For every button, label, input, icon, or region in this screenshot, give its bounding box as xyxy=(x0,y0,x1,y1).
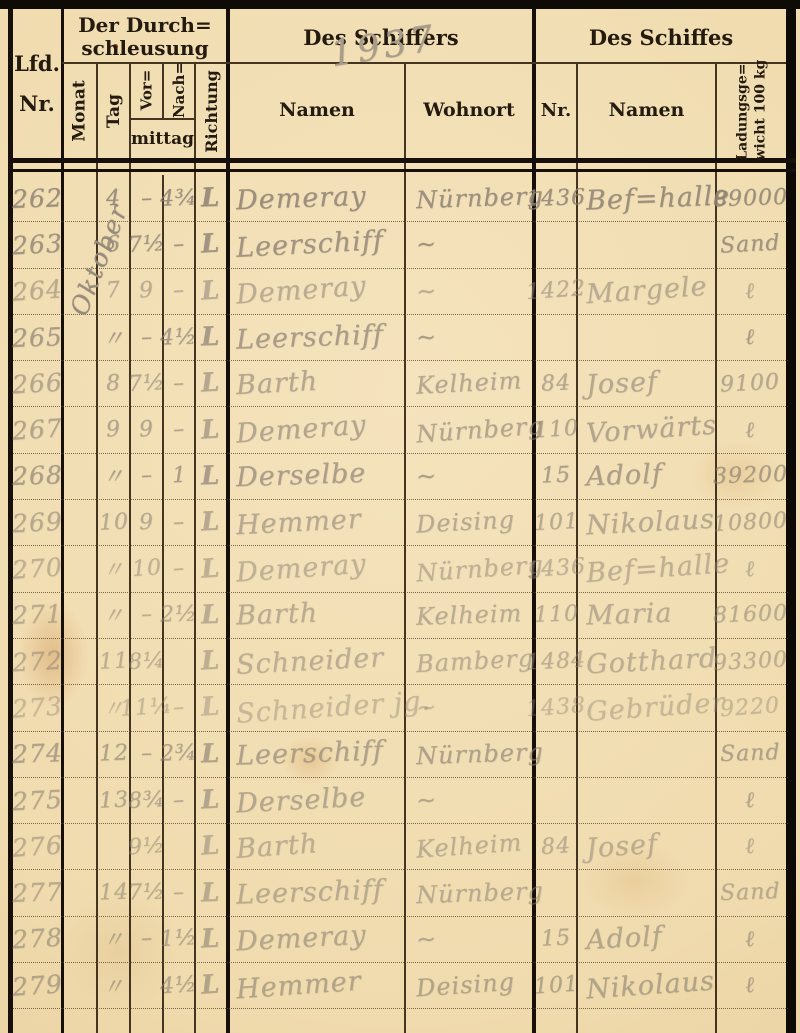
handwriting: 7½ xyxy=(127,370,166,397)
handwriting: Schneider jg. xyxy=(235,685,432,730)
cell-schiff_nr: 1436 xyxy=(536,545,576,591)
cell-ladung: ℓ xyxy=(714,407,786,453)
cell-vorm: 7½ xyxy=(131,360,162,406)
cell-nr: 274 xyxy=(13,731,61,777)
handwriting: L xyxy=(200,414,221,445)
handwriting: Deising xyxy=(415,506,515,539)
cell-nr: 265 xyxy=(13,314,61,360)
cell-nach: – xyxy=(164,684,194,730)
handwriting: L xyxy=(201,877,221,908)
table-row: 27412–2¾LLeerschiffNürnbergSand xyxy=(13,731,788,778)
handwriting: Demeray xyxy=(235,920,367,958)
cell-schiffer: Demeray xyxy=(230,268,410,314)
cell-vorm: – xyxy=(131,314,162,360)
handwriting: 1422 xyxy=(525,276,587,305)
cell-richtung: L xyxy=(196,870,226,916)
handwriting: – xyxy=(140,463,153,488)
cell-vorm: 8¾ xyxy=(131,777,162,823)
handwriting: L xyxy=(200,970,221,1001)
handwriting: ℓ xyxy=(744,833,756,860)
cell-tag: 〃 xyxy=(98,962,129,1008)
cell-richtung: L xyxy=(196,592,226,638)
table-row: 277147½–LLeerschiffNürnbergSand xyxy=(13,870,788,917)
handwriting: 7½ xyxy=(127,879,165,905)
cell-schiffer: Derselbe xyxy=(230,777,410,823)
handwriting: Derselbe xyxy=(235,458,366,494)
handwriting: 9100 xyxy=(719,369,780,397)
handwriting: Leerschiff xyxy=(236,875,385,911)
cell-richtung: L xyxy=(196,777,226,823)
cell-tag: 〃 xyxy=(98,916,129,962)
cell-schiff_nr: 110 xyxy=(536,592,576,638)
handwriting: 4¾ xyxy=(160,185,198,211)
cell-nach: 1 xyxy=(164,453,194,499)
cell-tag: 9 xyxy=(98,407,129,453)
cell-schiffer: Demeray xyxy=(230,175,410,221)
handwriting: Leerschiff xyxy=(236,736,385,772)
cell-schiff_nr xyxy=(536,777,576,823)
handwriting: ℓ xyxy=(744,926,756,952)
handwriting: 〃 xyxy=(101,969,126,1002)
table-row: 265〃–4½LLeerschiff~ℓ xyxy=(13,314,788,361)
cell-wohnort: Kelheim xyxy=(410,823,538,869)
cell-schiff_name xyxy=(580,777,721,823)
cell-schiff_name: Bef=halle xyxy=(580,545,721,591)
cell-nach: – xyxy=(164,360,194,406)
handwriting: Kelheim xyxy=(416,599,523,631)
cell-schiff_nr xyxy=(536,314,576,360)
cell-nr: 278 xyxy=(13,916,61,962)
cell-ladung: ℓ xyxy=(714,268,786,314)
cell-nach: 2¾ xyxy=(164,731,194,777)
cell-nr: 268 xyxy=(13,453,61,499)
handwriting: Hemmer xyxy=(235,965,362,1005)
handwriting: – xyxy=(173,880,186,905)
handwriting: Leerschiff xyxy=(236,319,385,355)
table-row: 279〃4½LHemmerDeising101Nikolausℓ xyxy=(13,962,788,1009)
col-header-richtung: Richtung xyxy=(196,64,226,158)
cell-wohnort: ~ xyxy=(410,221,538,267)
cell-tag: 10 xyxy=(98,499,129,545)
handwriting: Bef=halle xyxy=(586,180,731,216)
cell-tag: 〃 xyxy=(98,545,129,591)
cell-ladung: ℓ xyxy=(714,823,786,869)
cell-tag: 8 xyxy=(98,360,129,406)
handwriting: Nürnberg xyxy=(416,738,545,770)
handwriting: 39200 xyxy=(712,462,788,490)
handwriting: 110 xyxy=(533,602,579,629)
handwriting: 89000 xyxy=(712,184,788,212)
table-row: 273〃11¼–LSchneider jg.~1438Gebrüder9220 xyxy=(13,684,788,731)
handwriting: Sand xyxy=(719,230,781,258)
cell-schiff_nr: 15 xyxy=(536,916,576,962)
cell-tag: 〃 xyxy=(98,453,129,499)
cell-nach: 4¾ xyxy=(164,175,194,221)
handwriting: L xyxy=(201,183,221,214)
cell-richtung: L xyxy=(196,731,226,777)
cell-schiffer: Leerschiff xyxy=(230,221,410,267)
handwriting: 〃 xyxy=(101,321,125,353)
cell-richtung: L xyxy=(196,175,226,221)
handwriting: 81600 xyxy=(712,601,788,629)
cell-schiff_name: Vorwärts xyxy=(580,407,721,453)
handwriting: ℓ xyxy=(744,277,756,304)
table-row: 26687½–LBarthKelheim84Josef9100 xyxy=(13,360,788,407)
handwriting: Barth xyxy=(235,366,319,401)
scan-edge-top xyxy=(0,0,800,9)
cell-richtung: L xyxy=(196,453,226,499)
handwriting: L xyxy=(201,785,222,816)
ledger-scan: Lfd.Nr. Der Durch=schleusung Monat Tag V… xyxy=(0,0,800,1033)
table-row: 268〃–1LDerselbe~15Adolf39200 xyxy=(13,453,788,500)
cell-schiff_nr: 1436 xyxy=(536,175,576,221)
cell-wohnort: ~ xyxy=(410,916,538,962)
table-row: 278〃–1½LDemeray~15Adolfℓ xyxy=(13,916,788,963)
cell-nr: 272 xyxy=(13,638,61,684)
col-header-schiff-nr: Nr. xyxy=(536,62,576,158)
handwriting: 278 xyxy=(11,923,63,955)
cell-schiff_name xyxy=(580,870,721,916)
cell-vorm xyxy=(131,962,162,1008)
col-header-vormittag: Vor= xyxy=(131,62,162,118)
cell-nach: 1½ xyxy=(164,916,194,962)
cell-schiff_name: Gotthard xyxy=(580,638,721,684)
handwriting: 269 xyxy=(11,506,63,538)
cell-wohnort: Nürnberg xyxy=(410,407,538,453)
handwriting: 8¼ xyxy=(127,648,166,675)
col-header-nachmittag: Nach= xyxy=(164,62,194,118)
cell-nach: 2½ xyxy=(164,592,194,638)
cell-nr: 277 xyxy=(13,870,61,916)
handwriting: Nürnberg xyxy=(416,876,545,908)
handwriting: – xyxy=(140,602,153,627)
handwriting: 12 xyxy=(98,741,129,767)
cell-nr: 263 xyxy=(13,221,61,267)
handwriting: Josef xyxy=(585,366,658,401)
handwriting: 15 xyxy=(541,463,572,489)
handwriting: – xyxy=(140,926,153,952)
handwriting: L xyxy=(200,831,221,862)
cell-schiffer: Demeray xyxy=(230,545,410,591)
cell-ladung: 9220 xyxy=(714,684,786,730)
cell-tag xyxy=(98,823,129,869)
handwriting: L xyxy=(201,600,221,631)
handwriting: Barth xyxy=(235,828,319,865)
cell-wohnort: Nürnberg xyxy=(410,545,538,591)
col-header-lfd-nr: Lfd.Nr. xyxy=(13,10,61,158)
handwriting: 84 xyxy=(540,833,572,860)
cell-nr: 270 xyxy=(13,545,61,591)
handwriting: 101 xyxy=(533,971,580,999)
handwriting: Sand xyxy=(719,740,780,767)
cell-wohnort: ~ xyxy=(410,453,538,499)
cell-tag: 〃 xyxy=(98,592,129,638)
cell-ladung: ℓ xyxy=(714,545,786,591)
handwriting: 〃 xyxy=(101,552,126,585)
handwriting: Barth xyxy=(235,598,318,632)
handwriting: 8¾ xyxy=(127,787,166,814)
cell-nach: – xyxy=(164,499,194,545)
cell-schiffer: Barth xyxy=(230,360,410,406)
cell-vorm: – xyxy=(131,453,162,499)
handwriting: 265 xyxy=(11,322,63,353)
cell-vorm: 9 xyxy=(131,407,162,453)
handwriting: Adolf xyxy=(585,921,663,956)
handwriting: 4½ xyxy=(160,971,199,999)
handwriting: Gebrüder xyxy=(585,687,726,728)
cell-schiff_name: Adolf xyxy=(580,453,721,499)
handwriting: Derselbe xyxy=(235,781,367,819)
cell-schiffer: Demeray xyxy=(230,407,410,453)
handwriting: 264 xyxy=(11,275,64,307)
group-header-durchschleusung: Der Durch=schleusung xyxy=(64,13,226,61)
handwriting: L xyxy=(200,275,221,306)
header-bottom-rule xyxy=(8,158,796,163)
handwriting: 9 xyxy=(138,417,155,443)
cell-ladung: ℓ xyxy=(714,777,786,823)
handwriting: Bef=halle xyxy=(585,548,731,589)
cell-richtung: L xyxy=(196,407,226,453)
handwriting: 2¾ xyxy=(160,741,198,767)
cell-richtung: L xyxy=(196,823,226,869)
col-header-schiff-namen: Namen xyxy=(578,62,715,158)
cell-schiff_name: Nikolaus xyxy=(580,499,721,545)
cell-richtung: L xyxy=(196,360,226,406)
handwriting: Kelheim xyxy=(415,367,523,401)
handwriting: L xyxy=(201,923,222,954)
cell-ladung: Sand xyxy=(714,870,786,916)
handwriting: – xyxy=(172,232,185,258)
cell-nach: 4½ xyxy=(164,962,194,1008)
table-row: 271〃–2½LBarthKelheim110Maria81600 xyxy=(13,592,788,639)
cell-tag: 13 xyxy=(98,777,129,823)
handwriting: Kelheim xyxy=(415,829,523,864)
cell-schiffer: Hemmer xyxy=(230,499,410,545)
col-header-schiffer-namen: Namen xyxy=(230,62,404,158)
cell-vorm: 10 xyxy=(131,545,162,591)
handwriting: L xyxy=(201,368,222,399)
cell-richtung: L xyxy=(196,545,226,591)
handwriting: Adolf xyxy=(585,459,663,493)
handwriting: 〃 xyxy=(101,599,125,631)
table-row: 270〃10–LDemerayNürnberg1436Bef=halleℓ xyxy=(13,545,788,592)
cell-ladung: ℓ xyxy=(714,962,786,1008)
cell-schiffer: Derselbe xyxy=(230,453,410,499)
handwriting: ℓ xyxy=(744,972,756,999)
handwriting: ~ xyxy=(415,276,438,305)
handwriting: 〃 xyxy=(101,460,125,492)
handwriting: Demeray xyxy=(235,180,366,216)
table-row: 2769½LBarthKelheim84Josefℓ xyxy=(13,823,788,870)
cell-wohnort: Deising xyxy=(410,962,538,1008)
cell-schiffer: Leerschiff xyxy=(230,314,410,360)
cell-schiff_nr: 1422 xyxy=(536,268,576,314)
handwriting: – xyxy=(172,509,185,535)
cell-schiff_name: Bef=halle xyxy=(580,175,721,221)
handwriting: 1 xyxy=(171,463,187,489)
handwriting: 279 xyxy=(11,969,64,1001)
table-row: 26479–LDemeray~1422Margeleℓ xyxy=(13,268,788,315)
handwriting: – xyxy=(172,417,186,443)
handwriting: 15 xyxy=(540,926,571,953)
cell-wohnort: Deising xyxy=(410,499,538,545)
cell-vorm: 7½ xyxy=(131,870,162,916)
cell-schiffer: Barth xyxy=(230,592,410,638)
handwriting: 268 xyxy=(11,461,63,492)
cell-tag: 14 xyxy=(98,870,129,916)
handwriting: 11 xyxy=(98,648,129,675)
cell-schiff_name: Adolf xyxy=(580,916,721,962)
cell-nach xyxy=(164,823,194,869)
handwriting: ~ xyxy=(415,924,438,953)
handwriting: 9220 xyxy=(719,693,781,722)
cell-schiffer: Demeray xyxy=(230,916,410,962)
cell-ladung: 10800 xyxy=(714,499,786,545)
cell-nr: 262 xyxy=(13,175,61,221)
cell-nach: – xyxy=(164,777,194,823)
handwriting: ℓ xyxy=(744,324,755,350)
handwriting: – xyxy=(172,371,185,397)
cell-nach xyxy=(164,638,194,684)
handwriting: L xyxy=(201,229,222,260)
cell-wohnort: Kelheim xyxy=(410,592,538,638)
table-row: 272118¼LSchneiderBamberg1484Gotthard9330… xyxy=(13,638,788,685)
header-bottom-rule-2 xyxy=(8,169,796,172)
cell-schiff_nr: 110 xyxy=(536,407,576,453)
cell-tag: 〃 xyxy=(98,314,129,360)
cell-schiffer: Leerschiff xyxy=(230,731,410,777)
cell-wohnort: Bamberg xyxy=(410,638,538,684)
cell-nach: – xyxy=(164,545,194,591)
cell-wohnort: Kelheim xyxy=(410,360,538,406)
handwriting: – xyxy=(140,324,153,349)
handwriting: 2½ xyxy=(160,602,198,628)
cell-vorm: – xyxy=(131,592,162,638)
cell-vorm: 9½ xyxy=(131,823,162,869)
handwriting: ~ xyxy=(415,785,438,814)
handwriting: 271 xyxy=(11,599,63,630)
handwriting: ℓ xyxy=(744,555,756,582)
col-header-tag: Tag xyxy=(98,64,129,158)
cell-wohnort: Nürnberg xyxy=(410,175,538,221)
cell-schiff_nr: 84 xyxy=(536,823,576,869)
cell-wohnort: ~ xyxy=(410,777,538,823)
cell-ladung: 81600 xyxy=(714,592,786,638)
handwriting: 274 xyxy=(11,738,63,769)
handwriting: ℓ xyxy=(744,787,756,813)
cell-nr: 264 xyxy=(13,268,61,314)
cell-schiffer: Leerschiff xyxy=(230,870,410,916)
handwriting: L xyxy=(201,646,222,677)
handwriting: Nikolaus xyxy=(585,965,716,1005)
handwriting: Demeray xyxy=(235,549,367,589)
cell-schiff_nr xyxy=(536,731,576,777)
handwriting: 〃 xyxy=(101,923,126,955)
handwriting: ~ xyxy=(416,462,438,491)
cell-vorm: 7½ xyxy=(131,221,162,267)
handwriting: 10800 xyxy=(712,508,788,537)
handwriting: 272 xyxy=(11,645,63,677)
col-header-mittag: mittag xyxy=(130,120,195,158)
cell-schiffer: Barth xyxy=(230,823,410,869)
cell-schiff_nr: 1438 xyxy=(536,684,576,730)
cell-nach: – xyxy=(164,268,194,314)
handwriting: ℓ xyxy=(744,416,756,443)
cell-vorm: 11¼ xyxy=(131,684,162,730)
cell-wohnort: Nürnberg xyxy=(410,870,538,916)
handwriting: 1484 xyxy=(525,647,586,675)
cell-schiff_name xyxy=(580,221,721,267)
handwriting: 14 xyxy=(98,880,129,906)
handwriting: 277 xyxy=(11,877,63,908)
cell-schiff_nr: 101 xyxy=(536,962,576,1008)
handwriting: 9 xyxy=(138,509,154,535)
table-row: 275138¾–LDerselbe~ℓ xyxy=(13,777,788,824)
cell-richtung: L xyxy=(196,916,226,962)
cell-schiff_name: Nikolaus xyxy=(580,962,721,1008)
handwriting: L xyxy=(200,553,221,584)
cell-nr: 266 xyxy=(13,360,61,406)
cell-schiff_name: Margele xyxy=(580,268,721,314)
handwriting: Leerschiff xyxy=(235,225,384,264)
handwriting: L xyxy=(201,507,222,538)
cell-schiff_name: Maria xyxy=(580,592,721,638)
handwriting: Maria xyxy=(585,598,672,632)
handwriting: 1436 xyxy=(525,554,587,583)
cell-schiff_name: Josef xyxy=(580,823,721,869)
cell-wohnort: ~ xyxy=(410,684,538,730)
cell-schiffer: Schneider jg. xyxy=(230,684,410,730)
cell-vorm: 9 xyxy=(131,499,162,545)
handwriting: 7½ xyxy=(127,231,166,258)
handwriting: Nürnberg xyxy=(415,411,544,448)
handwriting: Demeray xyxy=(235,271,367,311)
cell-richtung: L xyxy=(196,268,226,314)
handwriting: 263 xyxy=(11,229,63,261)
handwriting: 1438 xyxy=(525,693,587,722)
handwriting: 8 xyxy=(105,370,121,396)
handwriting: Deising xyxy=(415,968,516,1003)
cell-nr: 269 xyxy=(13,499,61,545)
handwriting: 275 xyxy=(11,784,63,816)
handwriting: Vorwärts xyxy=(585,410,718,450)
table-row: 26799–LDemerayNürnberg110Vorwärtsℓ xyxy=(13,407,788,454)
cell-richtung: L xyxy=(196,499,226,545)
handwriting: 13 xyxy=(98,787,129,814)
cell-richtung: L xyxy=(196,314,226,360)
handwriting: L xyxy=(201,322,221,353)
handwriting: 10 xyxy=(98,509,129,536)
handwriting: Demeray xyxy=(235,410,367,450)
cell-ladung: 9100 xyxy=(714,360,786,406)
cell-schiff_nr: 101 xyxy=(536,499,576,545)
handwriting: 1½ xyxy=(160,925,199,952)
cell-richtung: L xyxy=(196,221,226,267)
handwriting: Schneider xyxy=(235,642,385,681)
cell-nr: 273 xyxy=(13,684,61,730)
handwriting: – xyxy=(172,695,186,721)
cell-schiffer: Hemmer xyxy=(230,962,410,1008)
cell-ladung: ℓ xyxy=(714,916,786,962)
cell-wohnort: ~ xyxy=(410,268,538,314)
cell-richtung: L xyxy=(196,962,226,1008)
cell-ladung: 39200 xyxy=(714,453,786,499)
cell-richtung: L xyxy=(196,638,226,684)
cell-schiff_name: Josef xyxy=(580,360,721,406)
handwriting: ~ xyxy=(415,230,438,259)
col-header-ladungsgewicht: Ladungsge= wicht 100 kg xyxy=(717,62,786,158)
cell-richtung: L xyxy=(196,684,226,730)
